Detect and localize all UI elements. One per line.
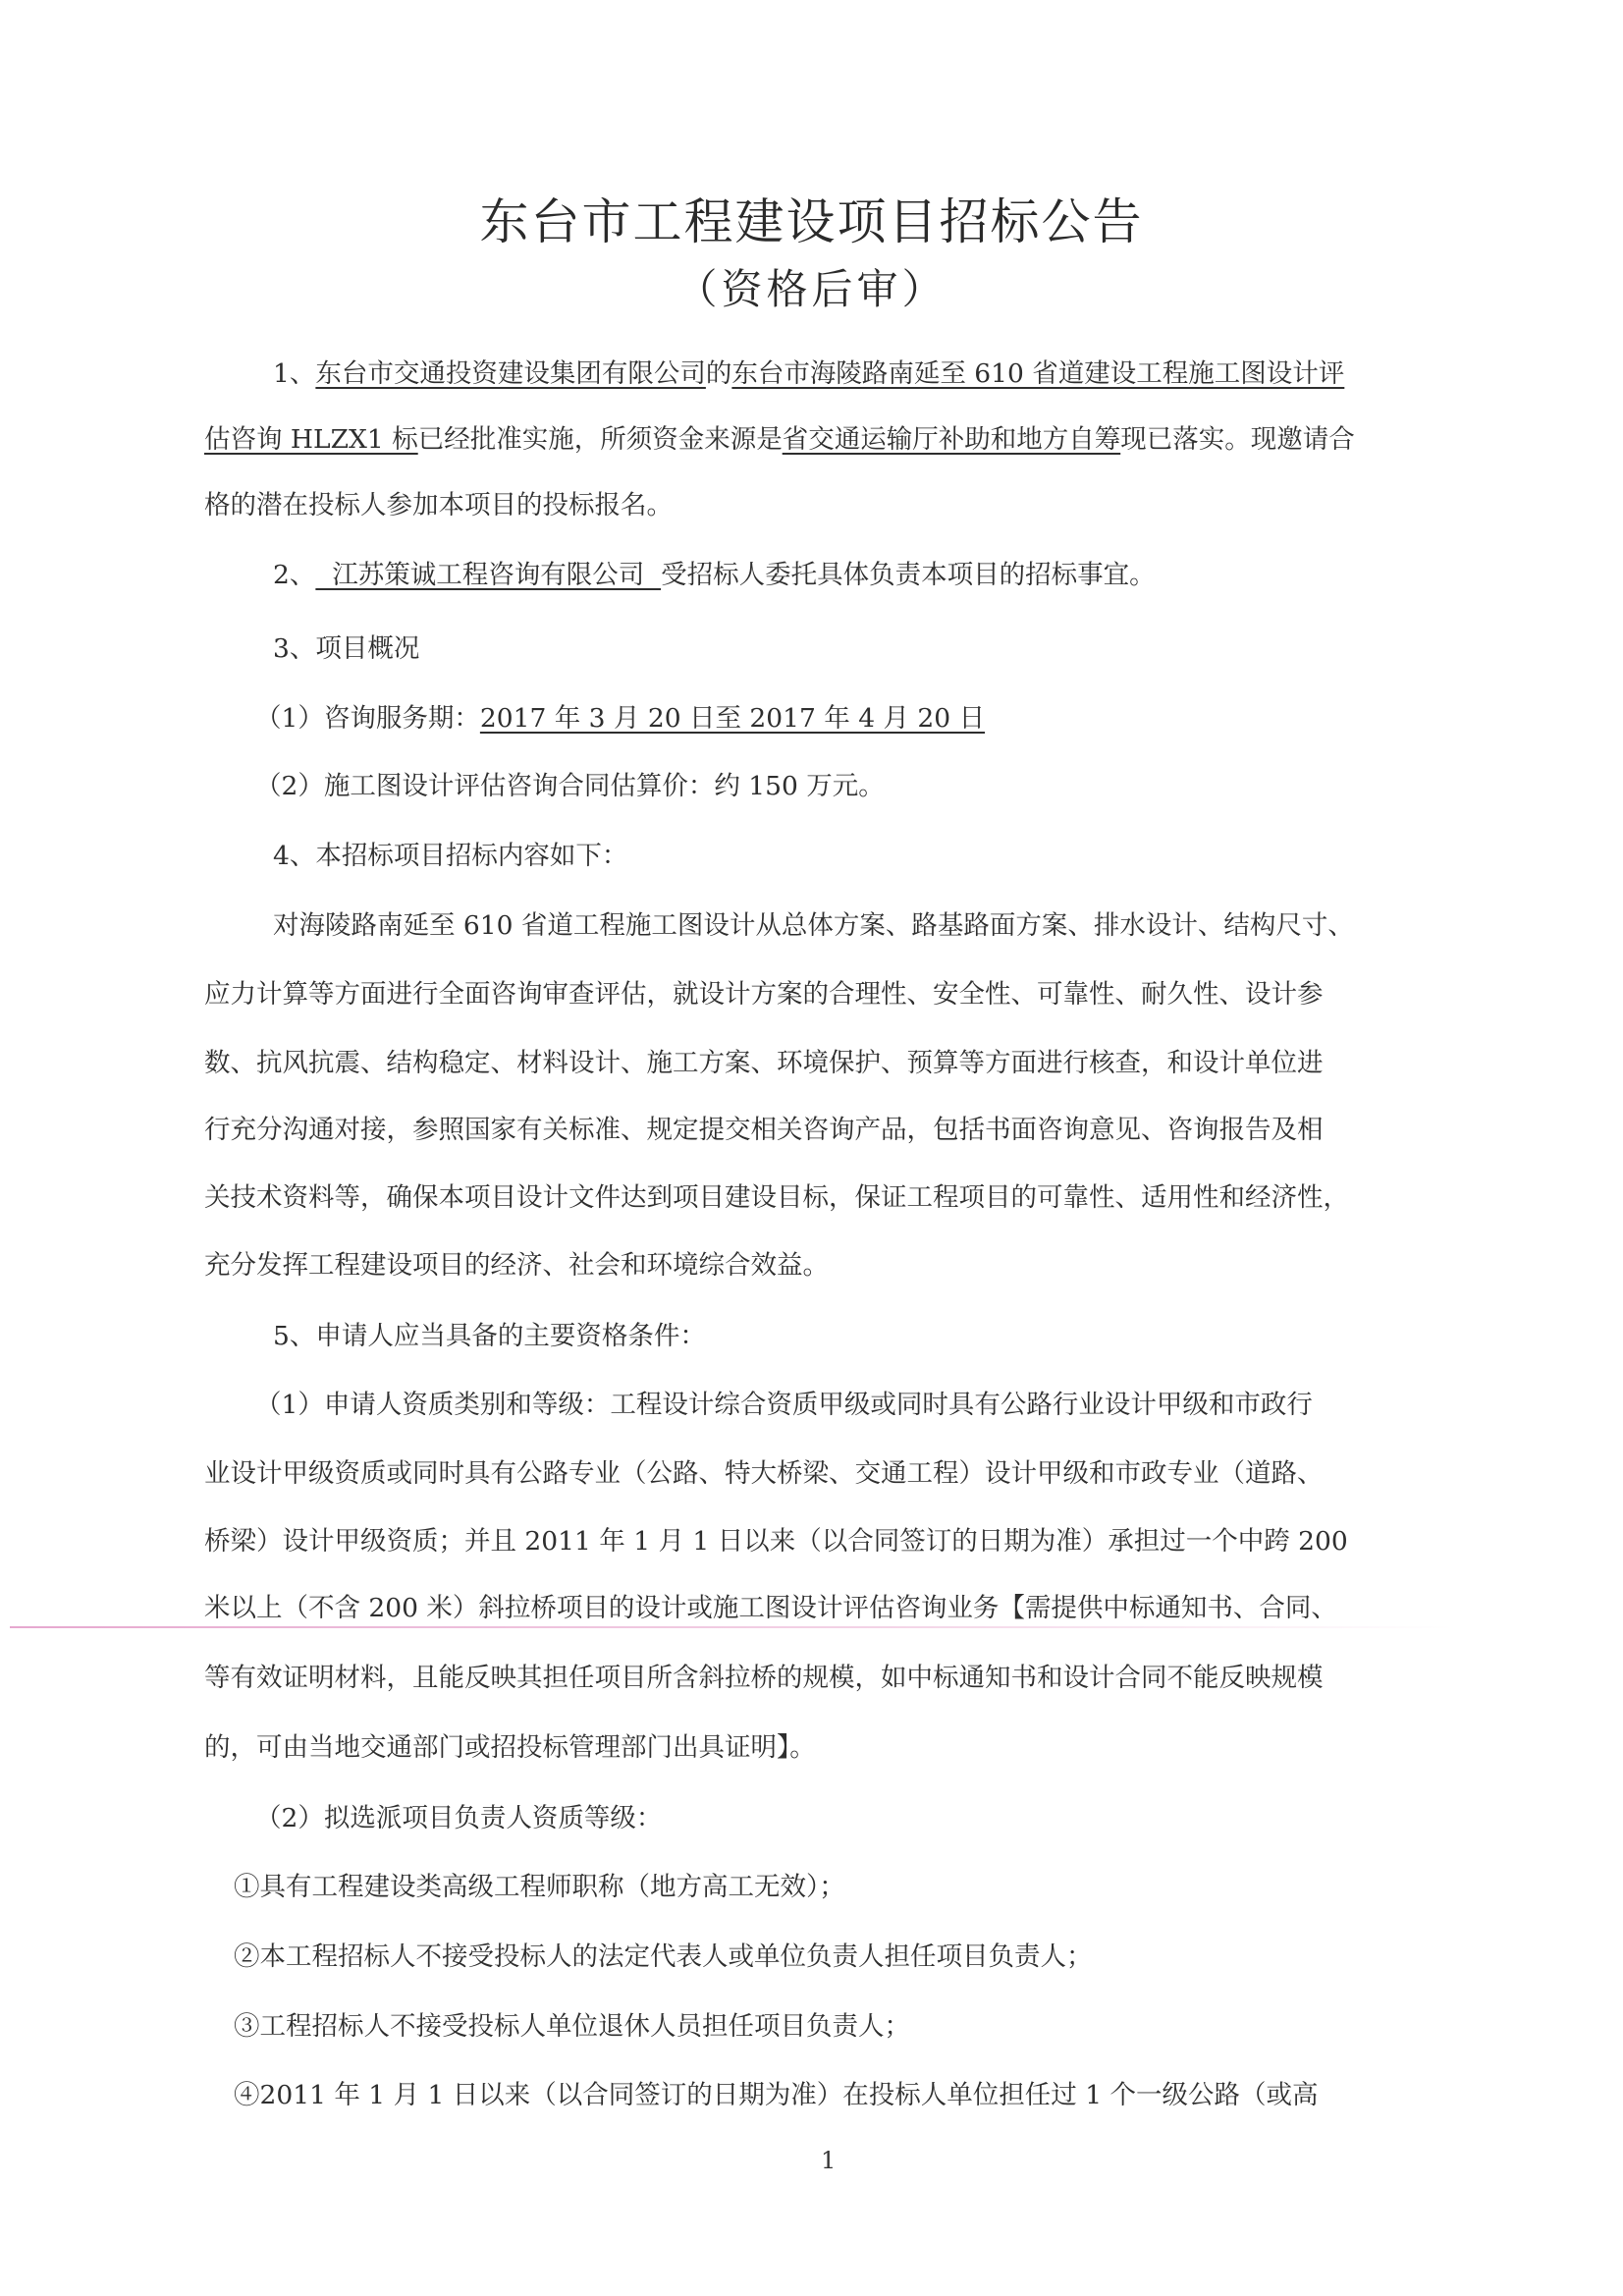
section5-item1-line: 桥梁）设计甲级资质；并且 2011 年 1 月 1 日以来（以合同签订的日期为准… <box>204 1525 1348 1558</box>
section3-item2: （2）施工图设计评估咨询合同估算价：约 150 万元。 <box>255 770 885 803</box>
document-page: 东台市工程建设项目招标公告 （资格后审） 1、东台市交通投资建设集团有限公司的东… <box>0 0 1623 2296</box>
section4-line: 应力计算等方面进行全面咨询审查评估，就设计方案的合理性、安全性、可靠性、耐久性、… <box>204 978 1324 1011</box>
section1-middle: 已经批准实施，所须资金来源是 <box>418 424 783 455</box>
section5-item1-line: 米以上（不含 200 米）斜拉桥项目的设计或施工图设计评估咨询业务【需提供中标通… <box>204 1592 1337 1625</box>
fund-source: 省交通运输厅补助和地方自筹 <box>783 424 1121 455</box>
service-period-label: （1）咨询服务期： <box>255 703 480 734</box>
section1-prefix: 1、 <box>273 358 315 389</box>
qualification-item: ④2011 年 1 月 1 日以来（以合同签订的日期为准）在投标人单位担任过 1… <box>234 2079 1319 2112</box>
section5-item1-line: 的，可由当地交通部门或招投标管理部门出具证明】。 <box>204 1731 816 1765</box>
section5-heading: 5、申请人应当具备的主要资格条件： <box>273 1320 706 1353</box>
document-subtitle: （资格后审） <box>0 257 1623 316</box>
section5-item1-line: （1）申请人资质类别和等级：工程设计综合资质甲级或同时具有公路行业设计甲级和市政… <box>255 1389 1313 1422</box>
section1-line2: 估咨询 HLZX1 标已经批准实施，所须资金来源是省交通运输厅补助和地方自筹现已… <box>204 423 1355 457</box>
section4-line: 关技术资料等，确保本项目设计文件达到项目建设目标，保证工程项目的可靠性、适用性和… <box>204 1181 1349 1215</box>
section4-line: 数、抗风抗震、结构稳定、材料设计、施工方案、环境保护、预算等方面进行核查，和设计… <box>204 1047 1324 1080</box>
qualification-item: ③工程招标人不接受投标人单位退休人员担任项目负责人； <box>234 2010 910 2044</box>
section1-of: 的 <box>706 358 732 389</box>
section3-heading: 3、项目概况 <box>273 632 419 666</box>
section5-item1-line: 业设计甲级资质或同时具有公路专业（公路、特大桥梁、交通工程）设计甲级和市政专业（… <box>204 1457 1324 1491</box>
page-number: 1 <box>821 2147 836 2174</box>
scan-artifact-line <box>10 1626 1453 1628</box>
section4-line: 行充分沟通对接，参照国家有关标准、规定提交相关咨询产品，包括书面咨询意见、咨询报… <box>204 1114 1324 1147</box>
section1-line1: 1、东台市交通投资建设集团有限公司的东台市海陵路南延至 610 省道建设工程施工… <box>273 357 1344 391</box>
qualification-item: ②本工程招标人不接受投标人的法定代表人或单位负责人担任项目负责人； <box>234 1941 1093 1974</box>
section1-tail: 现已落实。现邀请合 <box>1120 424 1355 455</box>
section3-item1: （1）咨询服务期：2017 年 3 月 20 日至 2017 年 4 月 20 … <box>255 702 985 736</box>
section5-item1-line: 等有效证明材料，且能反映其担任项目所含斜拉桥的规模，如中标通知书和设计合同不能反… <box>204 1662 1324 1695</box>
document-title: 东台市工程建设项目招标公告 <box>0 183 1623 253</box>
tenderer-name: 东台市交通投资建设集团有限公司 <box>315 358 706 389</box>
section4-heading: 4、本招标项目招标内容如下： <box>273 840 627 873</box>
agency-name: 江苏策诚工程咨询有限公司 <box>315 560 661 590</box>
project-name-part2: 估咨询 HLZX1 标 <box>204 424 418 455</box>
section2-prefix: 2、 <box>273 560 315 590</box>
section5-item2-heading: （2）拟选派项目负责人资质等级： <box>255 1802 662 1835</box>
section4-line: 对海陵路南延至 610 省道工程施工图设计从总体方案、路基路面方案、排水设计、结… <box>273 909 1354 943</box>
project-name-part1: 东台市海陵路南延至 610 省道建设工程施工图设计评 <box>731 358 1344 389</box>
section4-line: 充分发挥工程建设项目的经济、社会和环境综合效益。 <box>204 1249 829 1283</box>
section2-tail: 受招标人委托具体负责本项目的招标事宜。 <box>661 560 1156 590</box>
service-period-value: 2017 年 3 月 20 日至 2017 年 4 月 20 日 <box>480 703 985 734</box>
section2-line: 2、 江苏策诚工程咨询有限公司 受招标人委托具体负责本项目的招标事宜。 <box>273 559 1156 592</box>
section1-line3: 格的潜在投标人参加本项目的投标报名。 <box>204 489 673 522</box>
qualification-item: ①具有工程建设类高级工程师职称（地方高工无效）； <box>234 1871 845 1904</box>
